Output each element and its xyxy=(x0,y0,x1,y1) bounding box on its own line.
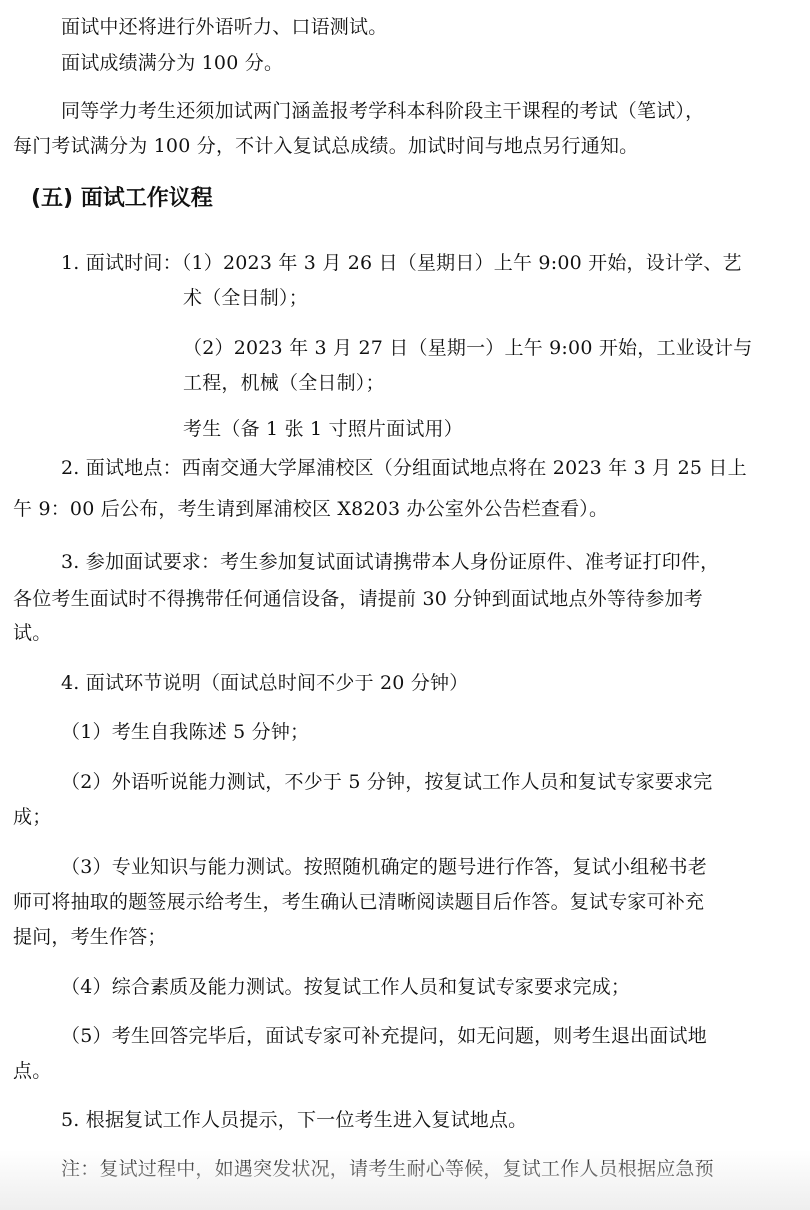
item4-sub2-line2: 成； xyxy=(13,805,51,829)
item1-label: 1. 面试时间： xyxy=(61,252,182,274)
item3-line2: 各位考生面试时不得携带任何通信设备，请提前 30 分钟到面试地点外等待参加考 xyxy=(13,587,703,611)
item4-sub5-line1: （5）考生回答完毕后，面试专家可补充提问，如无问题，则考生退出面试地 xyxy=(61,1024,707,1048)
item1-line5: 考生（备 1 张 1 寸照片面试用） xyxy=(183,417,463,441)
item4-sub5-line2: 点。 xyxy=(13,1059,51,1083)
paragraph-equivalent-line2: 每门考试满分为 100 分，不计入复试总成绩。加试时间与地点另行通知。 xyxy=(13,134,638,158)
item4-sub3-line2: 师可将抽取的题签展示给考生，考生确认已清晰阅读题目后作答。复试专家可补充 xyxy=(13,890,704,914)
item1-line1: （1）2023 年 3 月 26 日（星期日）上午 9:00 开始，设计学、艺 xyxy=(182,252,742,274)
item4-sub3-line3: 提问，考生作答； xyxy=(13,925,167,949)
item1-line2: 术（全日制）； xyxy=(183,286,308,310)
note: 注：复试过程中，如遇突发状况，请考生耐心等候，复试工作人员根据应急预 xyxy=(61,1157,714,1181)
item4-sub2-line1: （2）外语听说能力测试，不少于 5 分钟，按复试工作人员和复试专家要求完 xyxy=(61,770,712,794)
paragraph-oral-test: 面试中还将进行外语听力、口语测试。 xyxy=(61,15,387,39)
item4-sub4: （4）综合素质及能力测试。按复试工作人员和复试专家要求完成； xyxy=(61,975,630,999)
item3-line1: 3. 参加面试要求：考生参加复试面试请携带本人身份证原件、准考证打印件， xyxy=(61,550,719,574)
item4-sub3-line1: （3）专业知识与能力测试。按照随机确定的题号进行作答，复试小组秘书老 xyxy=(61,855,707,879)
item4-title: 4. 面试环节说明（面试总时间不少于 20 分钟） xyxy=(61,671,468,695)
item1-label-and-line1: 1. 面试时间：（1）2023 年 3 月 26 日（星期日）上午 9:00 开… xyxy=(61,251,742,275)
paragraph-full-score: 面试成绩满分为 100 分。 xyxy=(61,51,283,75)
item1-line4: 工程，机械（全日制）； xyxy=(183,371,385,395)
paragraph-equivalent-line1: 同等学力考生还须加试两门涵盖报考学科本科阶段主干课程的考试（笔试）， xyxy=(61,99,704,123)
item5: 5. 根据复试工作人员提示，下一位考生进入复试地点。 xyxy=(61,1108,527,1132)
item2-line1: 2. 面试地点：西南交通大学犀浦校区（分组面试地点将在 2023 年 3 月 2… xyxy=(61,456,747,480)
item3-line3: 试。 xyxy=(13,621,51,645)
item4-sub1: （1）考生自我陈述 5 分钟； xyxy=(61,720,309,744)
document-page: 面试中还将进行外语听力、口语测试。 面试成绩满分为 100 分。 同等学力考生还… xyxy=(0,0,810,1210)
item1-line3: （2）2023 年 3 月 27 日（星期一）上午 9:00 开始，工业设计与 xyxy=(183,336,752,360)
section-heading: (五) 面试工作议程 xyxy=(31,185,213,213)
item2-line2: 午 9：00 后公布，考生请到犀浦校区 X8203 办公室外公告栏查看）。 xyxy=(13,497,608,521)
